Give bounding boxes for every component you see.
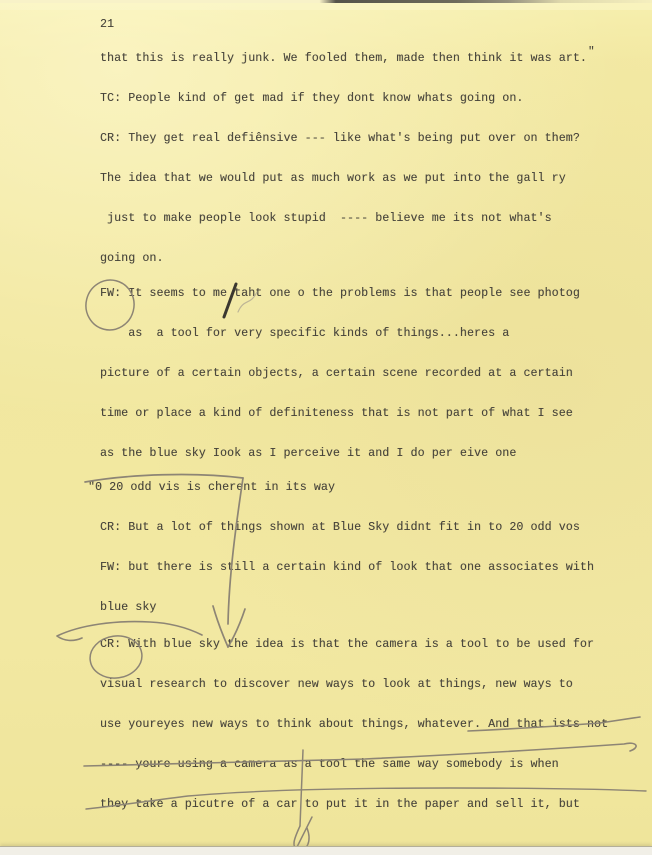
typed-line: time or place a kind of definiteness tha… (100, 407, 573, 421)
typed-line: just to make people look stupid ---- bel… (100, 212, 552, 226)
typed-line: visual research to discover new ways to … (100, 678, 573, 692)
page-number: 21 (100, 18, 114, 32)
typed-line: TC: People kind of get mad if they dont … (100, 92, 523, 106)
typed-line: going on. (100, 252, 164, 266)
typed-line: that this is really junk. We fooled them… (100, 52, 587, 66)
typed-line: picture of a certain objects, a certain … (100, 367, 573, 381)
typed-line: "0 20 odd vis is cherent in its way (88, 481, 335, 495)
typed-line: CR: But a lot of things shown at Blue Sk… (100, 521, 580, 535)
typed-line: blue sky (100, 601, 156, 615)
paper-bottom-edge (0, 846, 652, 855)
typed-line: The idea that we would put as much work … (100, 172, 566, 186)
paper-top-edge (0, 0, 652, 3)
pencil-arrow-shaft (228, 478, 243, 624)
typed-line: FW: but there is still a certain kind of… (100, 561, 594, 575)
double-tick-mark: ″ (588, 45, 595, 59)
typed-line: they take a picutre of a car to put it i… (100, 798, 580, 812)
typed-line: as the blue sky Iook as I perceive it an… (100, 447, 516, 461)
typed-line: as a tool for very specific kinds of thi… (100, 327, 509, 341)
scanned-typescript-page: 21 that this is really junk. We fooled t… (0, 0, 652, 855)
typed-line: FW: It seems to me taht one o the proble… (100, 287, 580, 301)
typed-line: CR: They get real defiênsive --- like wh… (100, 132, 580, 146)
pencil-loop-cross (296, 817, 312, 849)
typed-line: ---- youre using a camera as a tool the … (100, 758, 559, 772)
typed-line: use youreyes new ways to think about thi… (100, 718, 608, 732)
typed-line: CR: With blue sky the idea is that the c… (100, 638, 594, 652)
